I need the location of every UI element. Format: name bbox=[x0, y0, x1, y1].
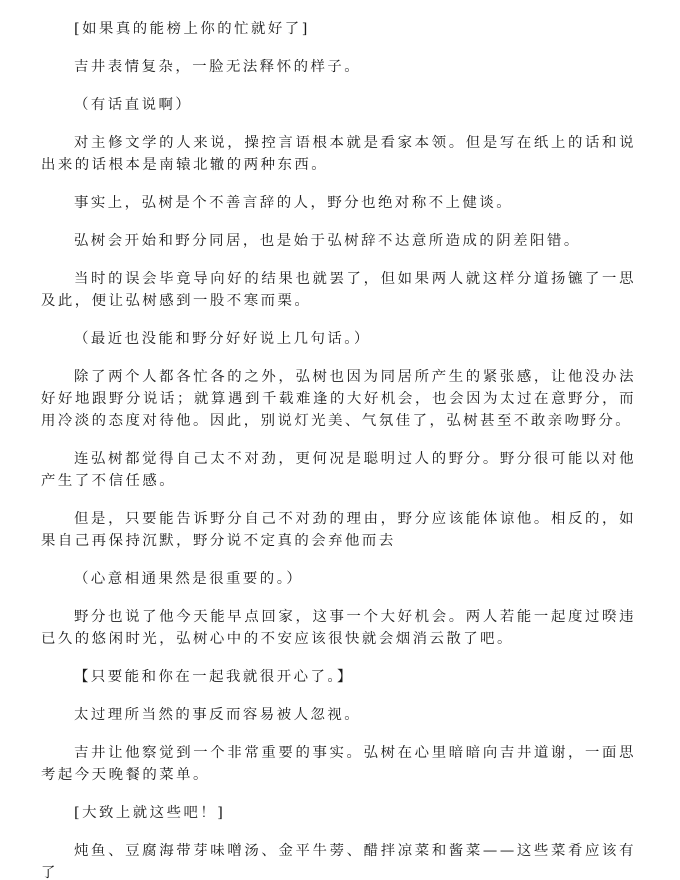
paragraph: 但是，只要能告诉野分自己不对劲的理由，野分应该能体谅他。相反的，如果自己再保持沉… bbox=[41, 508, 636, 552]
paragraph: 吉井表情复杂，一脸无法释怀的样子。 bbox=[41, 56, 636, 78]
paragraph: 当时的误会毕竟导向好的结果也就罢了，但如果两人就这样分道扬镳了一思及此，便让弘树… bbox=[41, 268, 636, 312]
paragraph: 吉井让他察觉到一个非常重要的事实。弘树在心里暗暗向吉井道谢，一面思考起今天晚餐的… bbox=[41, 742, 636, 786]
document-page: [如果真的能榜上你的忙就好了] 吉井表情复杂，一脸无法释怀的样子。 （有话直说啊… bbox=[41, 18, 636, 880]
paragraph: 太过理所当然的事反而容易被人忽视。 bbox=[41, 704, 636, 726]
paragraph: 野分也说了他今天能早点回家，这事一个大好机会。两人若能一起度过暌违已久的悠闲时光… bbox=[41, 606, 636, 650]
paragraph-thought: （心意相通果然是很重要的。） bbox=[41, 568, 636, 590]
paragraph: 弘树会开始和野分同居，也是始于弘树辞不达意所造成的阴差阳错。 bbox=[41, 230, 636, 252]
paragraph-thought: （有话直说啊） bbox=[41, 94, 636, 116]
paragraph: 连弘树都觉得自己太不对劲，更何况是聪明过人的野分。野分很可能以对他产生了不信任感… bbox=[41, 448, 636, 492]
paragraph: 炖鱼、豆腐海带芽味噌汤、金平牛蒡、醋拌凉菜和酱菜——这些菜肴应该有了 bbox=[41, 840, 636, 880]
paragraph: 对主修文学的人来说，操控言语根本就是看家本领。但是写在纸上的话和说出来的话根本是… bbox=[41, 132, 636, 176]
paragraph-quote: [如果真的能榜上你的忙就好了] bbox=[41, 18, 636, 40]
paragraph-quote: [大致上就这些吧！] bbox=[41, 802, 636, 824]
paragraph-thought: （最近也没能和野分好好说上几句话。） bbox=[41, 328, 636, 350]
paragraph: 除了两个人都各忙各的之外，弘树也因为同居所产生的紧张感，让他没办法好好地跟野分说… bbox=[41, 366, 636, 432]
paragraph-quote: 【只要能和你在一起我就很开心了。】 bbox=[41, 666, 636, 688]
paragraph: 事实上，弘树是个不善言辞的人，野分也绝对称不上健谈。 bbox=[41, 192, 636, 214]
